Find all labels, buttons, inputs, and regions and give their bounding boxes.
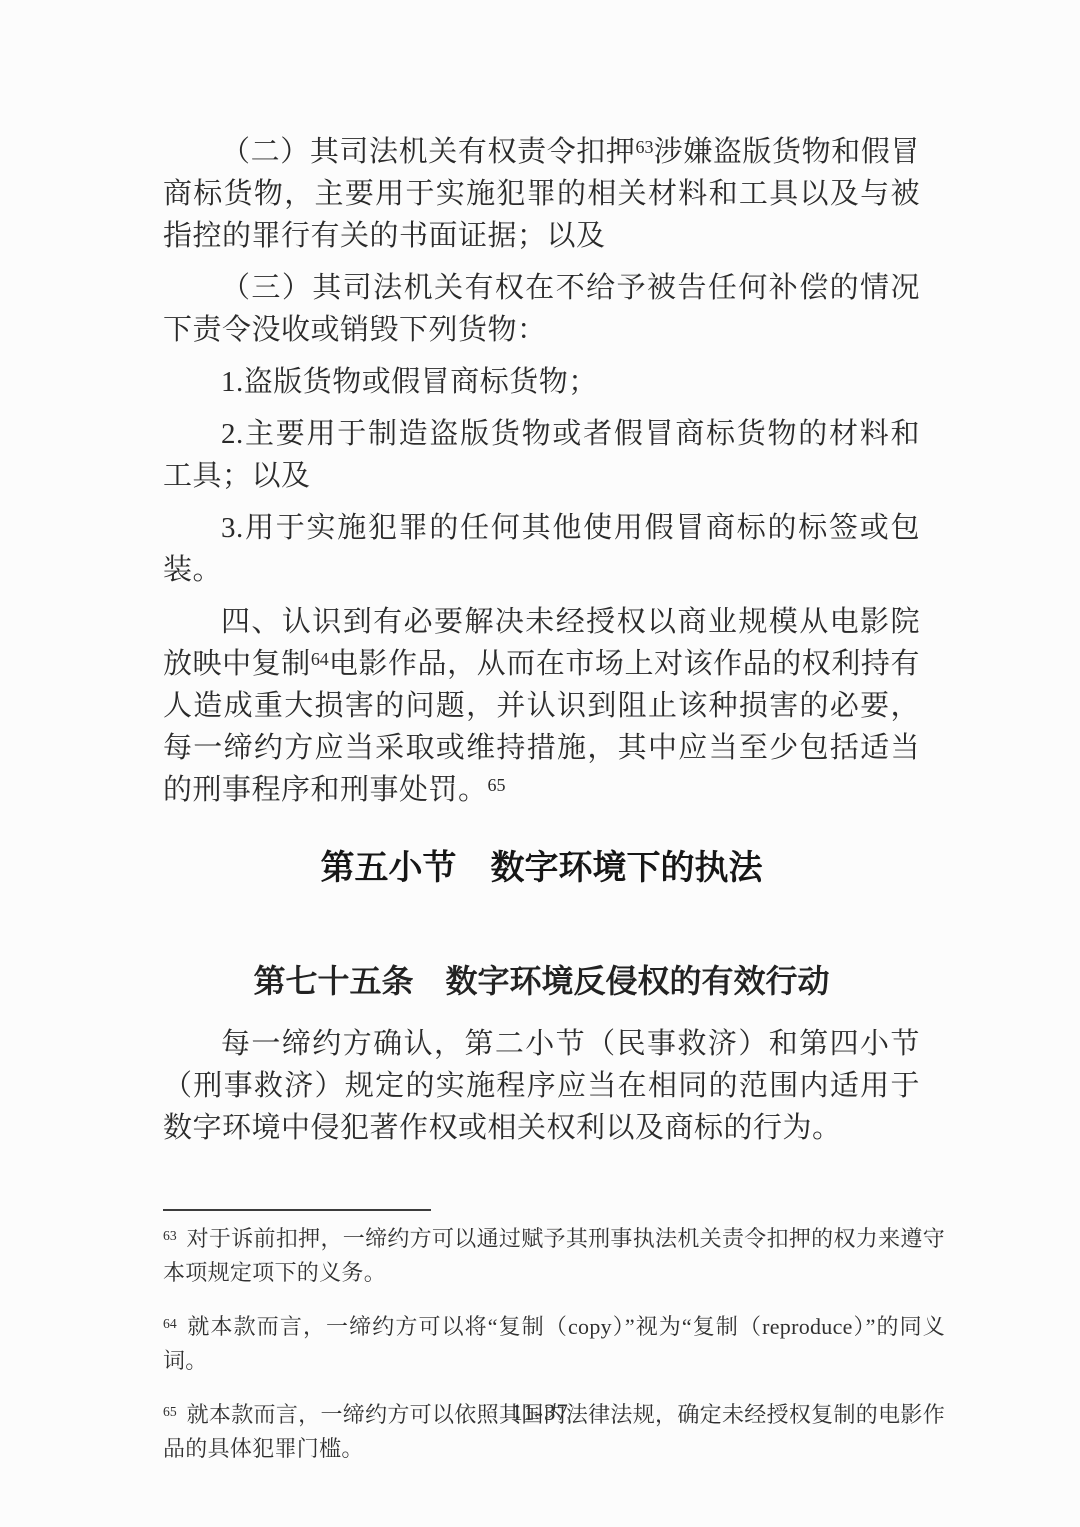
article-paragraph: 每一缔约方确认，第二小节（民事救济）和第四小节（刑事救济）规定的实施程序应当在相… <box>163 1023 920 1149</box>
footnote-number-64: 64 <box>163 1316 177 1331</box>
document-body: （二）其司法机关有权责令扣押63涉嫌盗版货物和假冒商标货物，主要用于实施犯罪的相… <box>163 0 920 1486</box>
paragraph-text: 每一缔约方确认，第二小节（民事救济）和第四小节（刑事救济）规定的实施程序应当在相… <box>163 1028 920 1144</box>
footnote-separator <box>163 1209 431 1211</box>
footnote-64: 64就本款而言，一缔约方可以将“复制（copy）”视为“复制（reproduce… <box>163 1310 945 1378</box>
paragraph-text: （三）其司法机关有权在不给予被告任何补偿的情况下责令没收或销毁下列货物： <box>163 272 920 346</box>
footnote-text: 就本款而言，一缔约方可以将“复制（copy）”视为“复制（reproduce）”… <box>163 1314 945 1373</box>
footnotes-section: 63对于诉前扣押，一缔约方可以通过赋予其刑事执法机关责令扣押的权力来遵守本项规定… <box>163 1209 920 1466</box>
page-number: 11-37 <box>0 1400 1080 1426</box>
list-item-3: 3.用于实施犯罪的任何其他使用假冒商标的标签或包装。 <box>163 507 920 591</box>
footnote-63: 63对于诉前扣押，一缔约方可以通过赋予其刑事执法机关责令扣押的权力来遵守本项规定… <box>163 1222 945 1290</box>
paragraph-text: （二）其司法机关有权责令扣押 <box>221 136 636 168</box>
clause-paragraph-4: 四、认识到有必要解决未经授权以商业规模从电影院放映中复制64电影作品，从而在市场… <box>163 601 920 811</box>
list-item-1: 1.盗版货物或假冒商标货物； <box>163 361 920 403</box>
paragraph-text: 2.主要用于制造盗版货物或者假冒商标货物的材料和工具；以及 <box>163 418 920 492</box>
footnote-ref-65: 65 <box>488 775 506 795</box>
footnote-ref-64: 64 <box>311 649 329 669</box>
clause-paragraph-2: （二）其司法机关有权责令扣押63涉嫌盗版货物和假冒商标货物，主要用于实施犯罪的相… <box>163 131 920 257</box>
footnote-text: 对于诉前扣押，一缔约方可以通过赋予其刑事执法机关责令扣押的权力来遵守本项规定项下… <box>163 1226 945 1285</box>
clause-paragraph-3: （三）其司法机关有权在不给予被告任何补偿的情况下责令没收或销毁下列货物： <box>163 267 920 351</box>
footnote-number-63: 63 <box>163 1228 177 1243</box>
article-heading: 第七十五条 数字环境反侵权的有效行动 <box>163 961 920 1001</box>
list-item-2: 2.主要用于制造盗版货物或者假冒商标货物的材料和工具；以及 <box>163 413 920 497</box>
document-page: （二）其司法机关有权责令扣押63涉嫌盗版货物和假冒商标货物，主要用于实施犯罪的相… <box>0 0 1080 1527</box>
paragraph-text: 3.用于实施犯罪的任何其他使用假冒商标的标签或包装。 <box>163 512 920 586</box>
section-heading: 第五小节 数字环境下的执法 <box>163 847 920 889</box>
footnote-ref-63: 63 <box>636 137 654 157</box>
paragraph-text: 1.盗版货物或假冒商标货物； <box>221 366 598 398</box>
